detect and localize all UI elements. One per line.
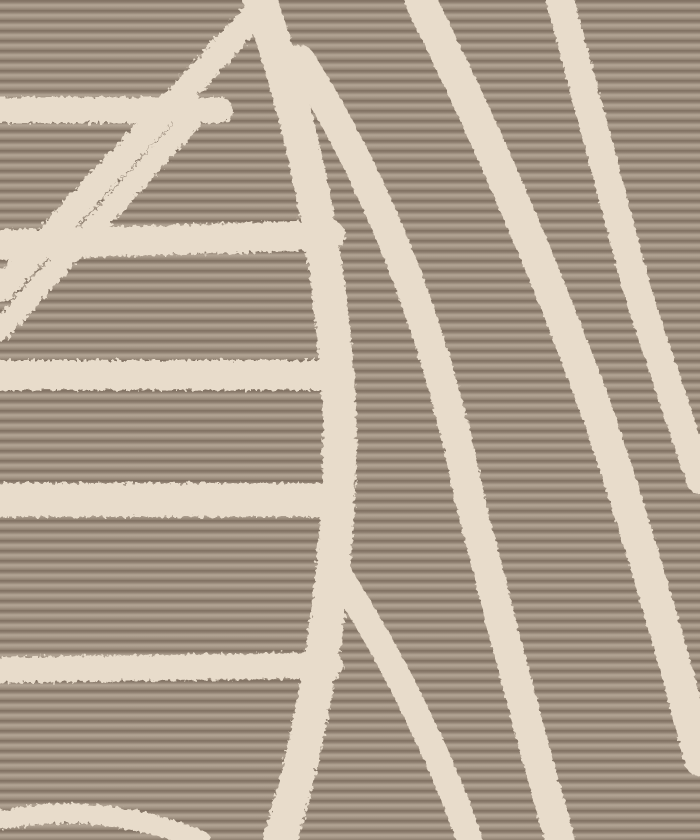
cream-pattern-overlay	[0, 0, 700, 840]
rug-texture-photo: Close-up photograph of a textured loop-p…	[0, 0, 700, 840]
